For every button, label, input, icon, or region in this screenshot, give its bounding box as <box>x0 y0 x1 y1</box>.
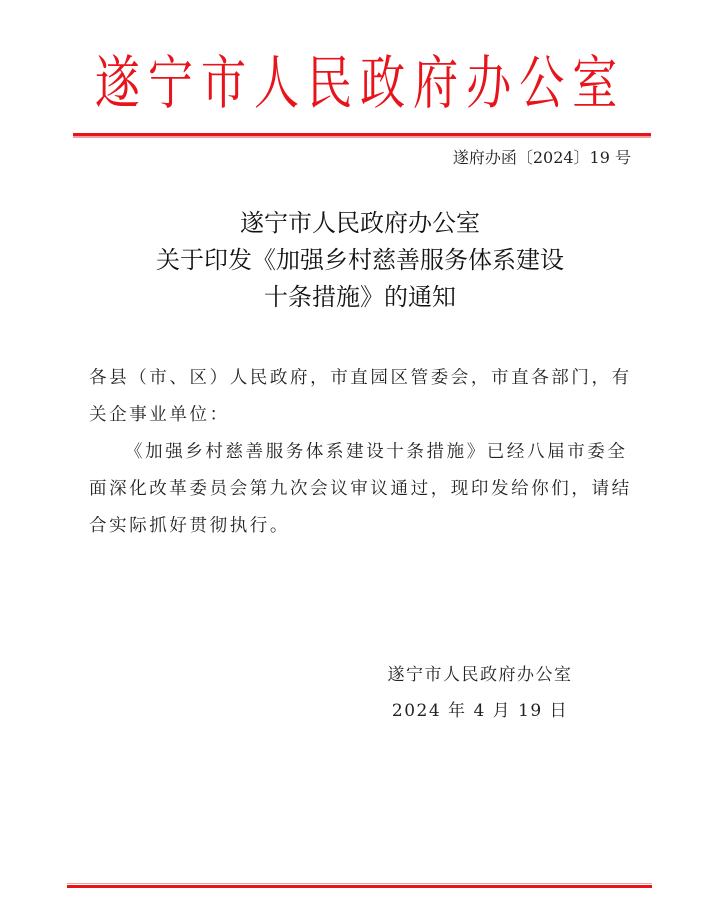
body-paragraph: 《加强乡村慈善服务体系建设十条措施》已经八届市委全面深化改革委员会第九次会议审议… <box>89 434 634 545</box>
addressee: 各县（市、区）人民政府，市直园区管委会，市直各部门，有关企事业单位： <box>89 360 634 434</box>
footer-red-rule <box>67 885 652 888</box>
document-body: 各县（市、区）人民政府，市直园区管委会，市直各部门，有关企事业单位： 《加强乡村… <box>89 360 634 545</box>
footer-red-rule-thin <box>67 883 652 884</box>
masthead-red-rule-shadow <box>73 136 651 138</box>
title-line-2: 关于印发《加强乡村慈善服务体系建设 <box>0 242 720 279</box>
title-line-1: 遂宁市人民政府办公室 <box>0 205 720 242</box>
signature-issuer: 遂宁市人民政府办公室 <box>370 657 590 693</box>
document-number: 遂府办函〔2024〕19 号 <box>395 146 631 170</box>
title-line-3: 十条措施》的通知 <box>0 279 720 316</box>
signature-block: 遂宁市人民政府办公室 2024 年 4 月 19 日 <box>370 657 590 729</box>
document-title: 遂宁市人民政府办公室 关于印发《加强乡村慈善服务体系建设 十条措施》的通知 <box>0 205 720 316</box>
masthead-title: 遂宁市人民政府办公室 <box>79 48 641 118</box>
signature-date: 2024 年 4 月 19 日 <box>370 693 590 729</box>
